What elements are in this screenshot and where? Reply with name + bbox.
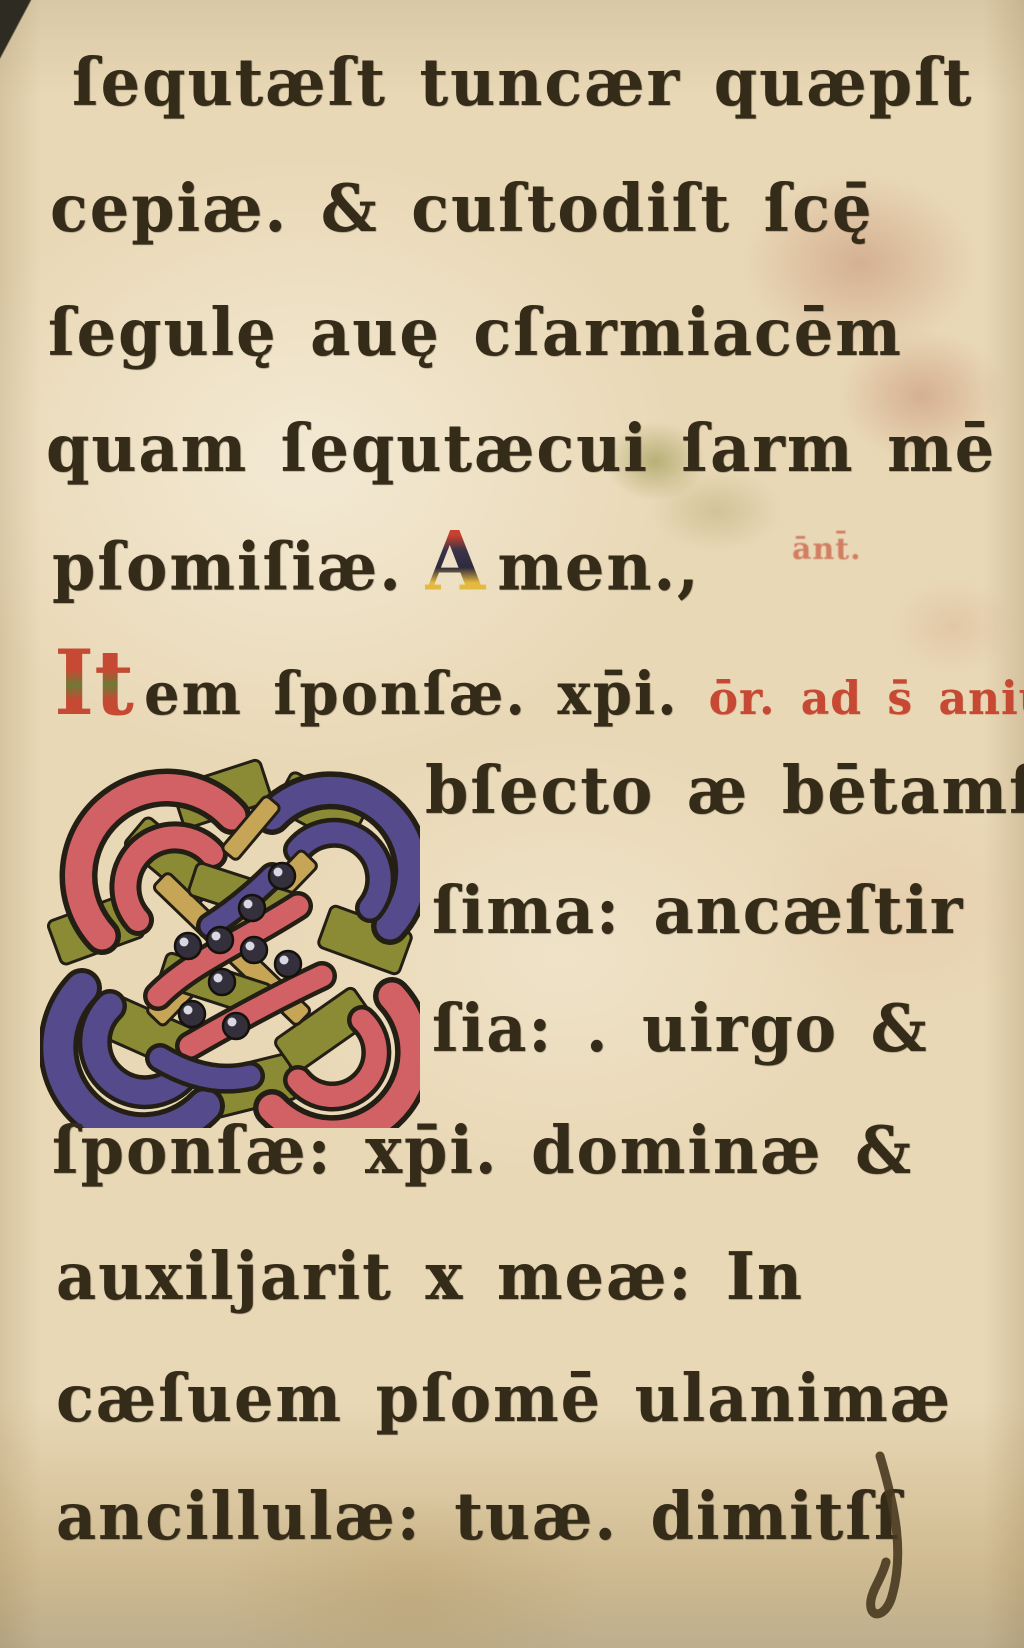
text-line-9: ſia: . uirgo & xyxy=(432,990,929,1067)
line6-black-text: em ſponſæ. xp̄i. xyxy=(144,659,679,728)
text-line-2: cepiæ. & cuſtodiſt ſcę̄ xyxy=(50,170,873,247)
text-line-5: pſomiſiæ. A men., xyxy=(52,514,701,610)
text-line-12: cæſuem pſomē ulanimæ xyxy=(56,1360,952,1437)
text-line-10: ſponſæ: xp̄i. dominæ & xyxy=(52,1112,913,1189)
text-line-7: bſecto æ bētamſ xyxy=(425,752,1024,829)
text-line-3: ſegulę auę cſarmiacēm xyxy=(48,294,903,371)
manuscript-page-photo: ſequtæſt tuncær quæpſt cepiæ. & cuſtodiſ… xyxy=(0,0,1024,1648)
text-line-11: auxiljarit x meæ: In xyxy=(56,1238,804,1315)
text-line-13: ancillulæ: tuæ. dimitſſ xyxy=(56,1478,903,1555)
line5-word-men: men., xyxy=(497,529,700,606)
pen-descender-flourish xyxy=(852,1450,922,1640)
rubric-oratio: ōr. ad s̄ aniuthalū. xyxy=(709,672,1024,726)
photo-dark-corner xyxy=(0,0,40,92)
text-line-1: ſequtæſt tuncær quæpſt xyxy=(72,44,973,121)
decorated-initial-A: A xyxy=(425,514,488,610)
text-line-6: It em ſponſæ. xp̄i. ōr. ad s̄ aniuthalū. xyxy=(54,630,1024,736)
line5-word-promisit: pſomiſiæ. xyxy=(52,529,403,606)
red-initial-It: It xyxy=(54,630,134,736)
text-line-4: quam ſequtæcui ſarm mē xyxy=(46,410,996,487)
text-line-8: ſima: ancæſtir xyxy=(432,872,964,949)
illuminated-knot-ornament xyxy=(40,758,420,1128)
marginal-antiphon-note: ānt̄. xyxy=(792,532,862,567)
